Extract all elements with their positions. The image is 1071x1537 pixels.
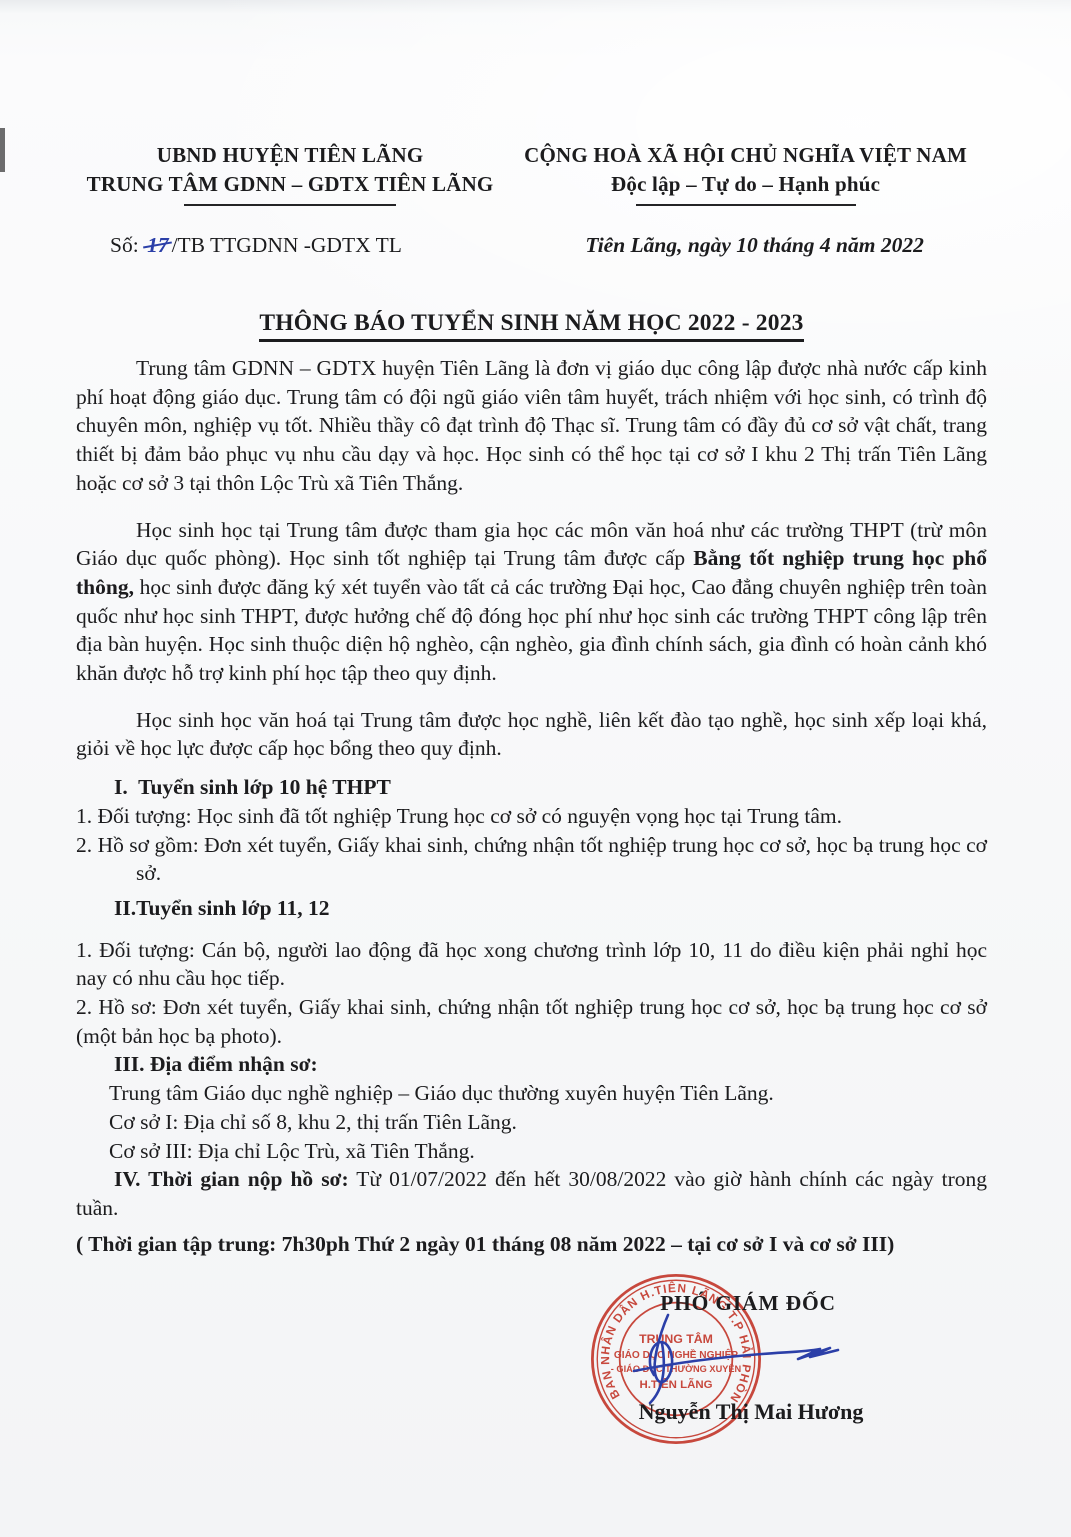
section3-address1: Cơ sở I: Địa chỉ số 8, khu 2, thị trấn T… xyxy=(76,1108,987,1137)
section4-heading: IV. Thời gian nộp hồ sơ: xyxy=(114,1167,349,1191)
doc-number-prefix: Số: xyxy=(110,233,144,257)
header-left-underline xyxy=(184,204,396,206)
doc-meta-row: Số: 17/TB TTGDNN -GDTX TL Tiên Lãng, ngà… xyxy=(76,233,987,258)
org-name: TRUNG TÂM GDNN – GDTX TIÊN LÃNG xyxy=(76,170,504,199)
document-header: UBND HUYỆN TIÊN LÃNG TRUNG TÂM GDNN – GD… xyxy=(76,141,987,206)
gathering-time-note: ( Thời gian tập trung: 7h30ph Thứ 2 ngày… xyxy=(76,1230,987,1259)
signature-zone: BAN NHÂN DÂN H.TIÊN LÃNG T.P HẢI PHÒNG T… xyxy=(76,1271,987,1491)
national-motto-line2: Độc lập – Tự do – Hạnh phúc xyxy=(504,170,987,199)
section3-address2: Cơ sở III: Địa chỉ Lộc Trù, xã Tiên Thắn… xyxy=(76,1137,987,1166)
section3-heading: III. Địa điểm nhận sơ: xyxy=(76,1050,987,1079)
document-page: UBND HUYỆN TIÊN LÃNG TRUNG TÂM GDNN – GD… xyxy=(0,0,1071,1491)
document-title: THÔNG BÁO TUYỂN SINH NĂM HỌC 2022 - 2023 xyxy=(259,310,803,342)
org-parent-name: UBND HUYỆN TIÊN LÃNG xyxy=(76,141,504,170)
place-date-line: Tiên Lãng, ngày 10 tháng 4 năm 2022 xyxy=(522,233,987,258)
scan-edge-artifact xyxy=(0,128,5,172)
doc-number-suffix: /TB TTGDNN -GDTX TL xyxy=(172,233,402,257)
header-right-underline xyxy=(636,204,856,206)
header-left-block: UBND HUYỆN TIÊN LÃNG TRUNG TÂM GDNN – GD… xyxy=(76,141,504,206)
paragraph-intro: Trung tâm GDNN – GDTX huyện Tiên Lãng là… xyxy=(76,354,987,498)
section1-item2: 2. Hồ sơ gồm: Đơn xét tuyển, Giấy khai s… xyxy=(76,831,987,888)
doc-number-line: Số: 17/TB TTGDNN -GDTX TL xyxy=(76,233,522,258)
section2-heading: II.Tuyển sinh lớp 11, 12 xyxy=(76,894,987,923)
section2-item2: 2. Hồ sơ: Đơn xét tuyển, Giấy khai sinh,… xyxy=(76,993,987,1050)
section2-item1: 1. Đối tượng: Cán bộ, người lao động đã … xyxy=(76,936,987,993)
paragraph-benefits-post: học sinh được đăng ký xét tuyển vào tất … xyxy=(76,575,987,685)
section1-item1: 1. Đối tượng: Học sinh đã tốt nghiệp Tru… xyxy=(76,802,987,831)
signer-name: Nguyễn Thị Mai Hương xyxy=(616,1399,886,1425)
section3-center-line: Trung tâm Giáo dục nghề nghiệp – Giáo dụ… xyxy=(76,1079,987,1108)
national-motto-line1: CỘNG HOÀ XÃ HỘI CHỦ NGHĨA VIỆT NAM xyxy=(504,141,987,170)
section4-line: IV. Thời gian nộp hồ sơ: Từ 01/07/2022 đ… xyxy=(76,1165,987,1222)
signature-ink xyxy=(604,1309,866,1409)
title-row: THÔNG BÁO TUYỂN SINH NĂM HỌC 2022 - 2023 xyxy=(76,310,987,342)
header-right-block: CỘNG HOÀ XÃ HỘI CHỦ NGHĨA VIỆT NAM Độc l… xyxy=(504,141,987,206)
paragraph-scholarship: Học sinh học văn hoá tại Trung tâm được … xyxy=(76,706,987,763)
section1-heading: I. Tuyển sinh lớp 10 hệ THPT xyxy=(76,773,987,802)
signature-loop xyxy=(650,1315,672,1382)
paragraph-benefits: Học sinh học tại Trung tâm được tham gia… xyxy=(76,516,987,688)
handwritten-doc-number: 17 xyxy=(144,233,172,257)
